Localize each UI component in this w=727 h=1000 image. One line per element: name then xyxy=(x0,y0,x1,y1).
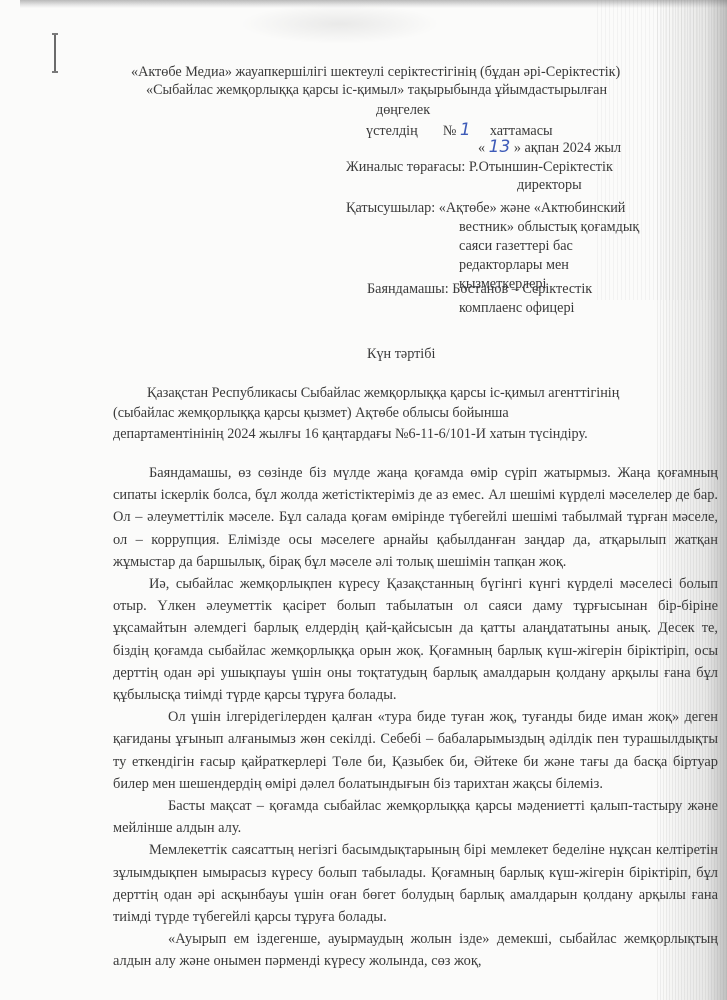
handwritten-protocol-number: 1 xyxy=(460,120,471,140)
header-line-3: дөңгелек xyxy=(376,101,430,119)
participants-line-2: вестник» облыстық қоғамдық xyxy=(459,218,639,236)
chair-value: Р.Отыншин-Серіктестік xyxy=(469,159,613,175)
participants-value: «Ақтөбе» және «Актюбинский xyxy=(439,200,626,216)
agenda-item-line-2: (сыбайлас жемқорлыққа қарсы қызмет) Ақтө… xyxy=(113,404,509,422)
chair-row: Жиналыс төрағасы: Р.Отыншин-Серіктестік xyxy=(346,158,613,176)
speaker-row: Баяндамашы: Бостанов – Серіктестік xyxy=(367,280,592,298)
number-sign: № xyxy=(443,123,457,139)
scan-shadow-blob xyxy=(240,4,440,44)
participants-line-4: редакторлары мен xyxy=(459,256,569,274)
agenda-item-line-1: Қазақстан Республикасы Сыбайлас жемқорлы… xyxy=(147,384,619,402)
handwritten-date-day: 13 xyxy=(489,137,511,157)
body-paragraph: Мемлекеттік саясаттың негізгі басымдықта… xyxy=(113,839,718,928)
body-paragraph: Басты мақсат – қоғамда сыбайлас жемқорлы… xyxy=(113,795,718,839)
agenda-title: Күн тәртібі xyxy=(367,345,435,363)
participants-line-3: саяси газеттері бас xyxy=(459,237,573,255)
chair-label: Жиналыс төрағасы: xyxy=(346,159,465,175)
participants-label: Қатысушылар: xyxy=(346,200,435,216)
body-paragraph: Баяндамашы, өз сөзінде біз мүлде жаңа қо… xyxy=(113,462,718,573)
header-line-1: «Актөбе Медиа» жауапкершілігі шектеулі с… xyxy=(131,63,620,81)
body-paragraph: «Ауырып ем іздегенше, ауырмаудың жолын і… xyxy=(113,928,718,972)
chair-value-cont: директоры xyxy=(517,176,582,194)
speaker-value: Бостанов – Серіктестік xyxy=(452,281,592,297)
date-line: « 13 » ақпан 2024 жыл xyxy=(478,138,621,157)
body-paragraph: Ол үшін ілгерідегілерден қалған «тура би… xyxy=(113,706,718,795)
protocol-prefix: үстелдің xyxy=(366,123,418,139)
document-body: Баяндамашы, өз сөзінде біз мүлде жаңа қо… xyxy=(113,462,718,973)
speaker-value-cont: комплаенс офицері xyxy=(459,299,574,317)
body-paragraph: Иә, сыбайлас жемқорлықпен күресу Қазақст… xyxy=(113,573,718,706)
scanned-document-page: «Актөбе Медиа» жауапкершілігі шектеулі с… xyxy=(0,0,727,1000)
speaker-label: Баяндамашы: xyxy=(367,281,449,297)
agenda-item-line-3: департаментінінің 2024 жылғы 16 қаңтарда… xyxy=(113,425,588,443)
staple-bracket-mark xyxy=(54,33,59,73)
participants-row: Қатысушылар: «Ақтөбе» және «Актюбинский xyxy=(346,199,625,217)
header-line-2: «Сыбайлас жемқорлыққа қарсы іс-қимыл» та… xyxy=(146,81,607,99)
date-month-year: » ақпан 2024 жыл xyxy=(514,140,621,156)
